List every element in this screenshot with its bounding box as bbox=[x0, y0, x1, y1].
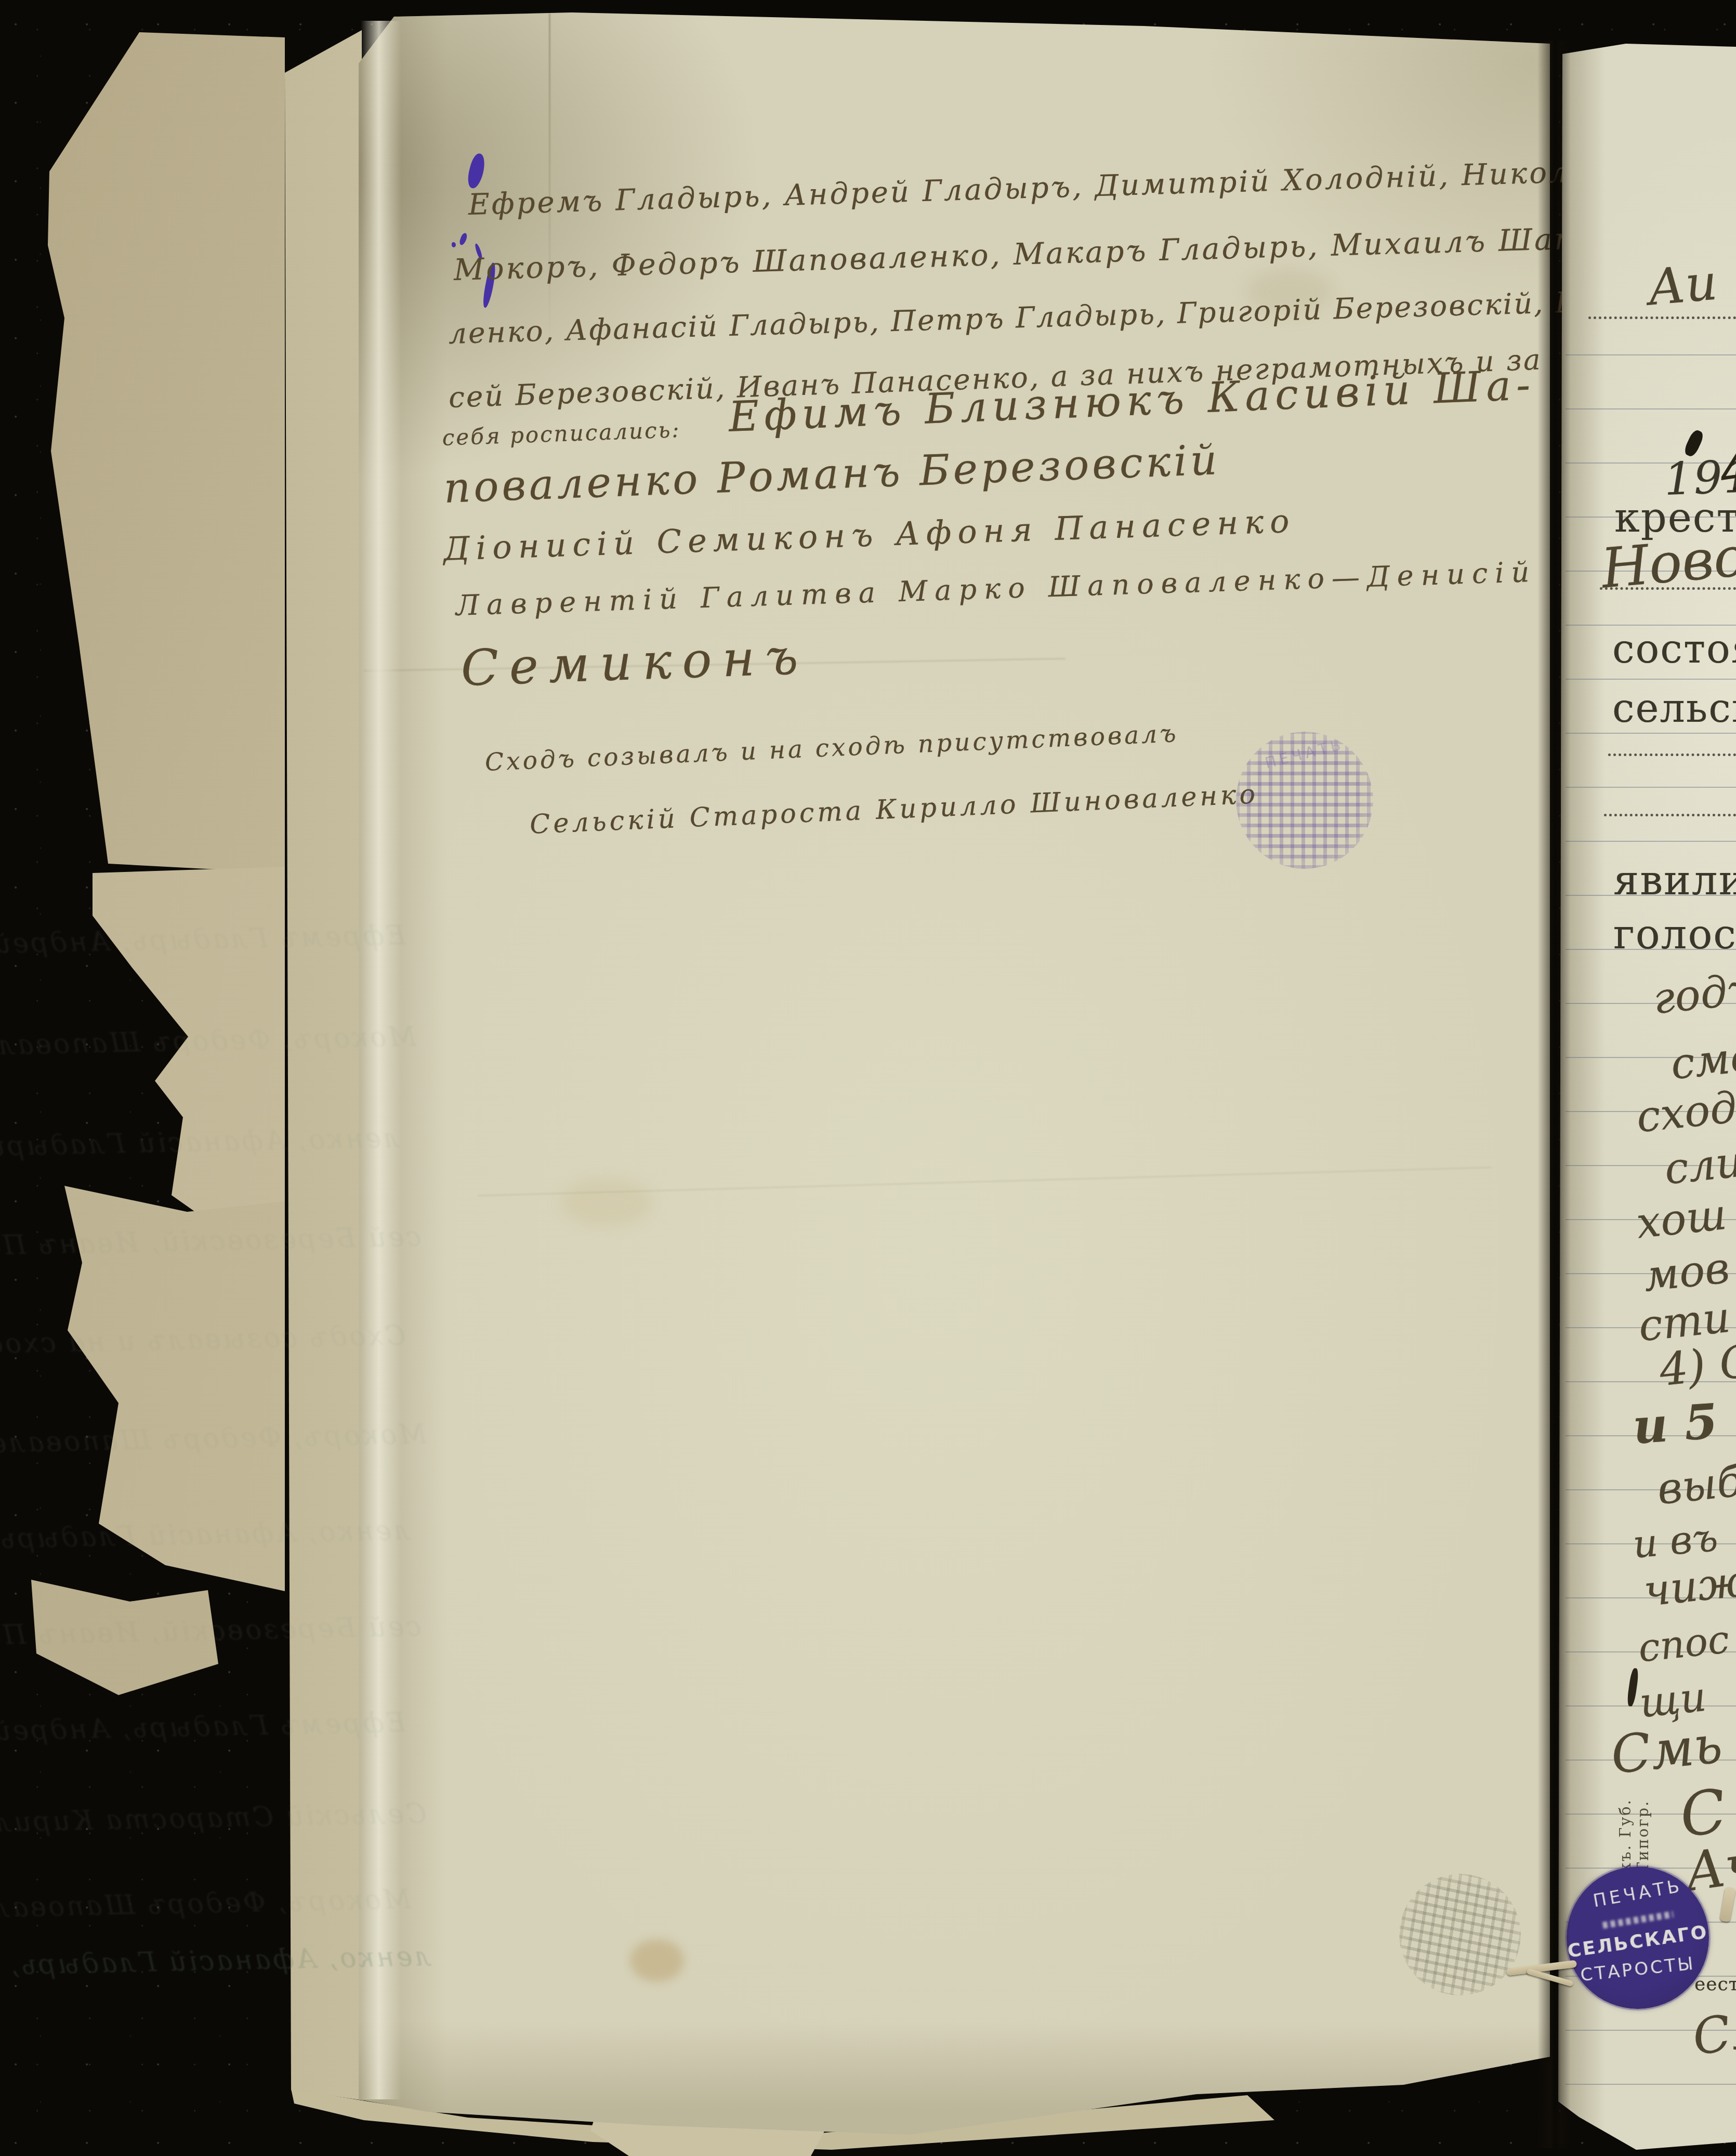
printer-imprint-vertical: къ. Губ. Типогр. bbox=[1616, 1745, 1652, 1872]
printed-word: голоса bbox=[1613, 911, 1736, 958]
right-page: Аи 191 4 крестья Ново состоящ сельским я… bbox=[1558, 43, 1736, 2153]
printed-word: состоящ bbox=[1612, 626, 1736, 672]
paper-stain bbox=[630, 1939, 684, 1982]
handwritten-fragment: мов bbox=[1641, 1244, 1732, 1302]
handwritten-fragment: 4) С bbox=[1657, 1335, 1736, 1396]
handwritten-header-fragment: Аи bbox=[1646, 254, 1719, 316]
printed-word: сельским bbox=[1612, 685, 1736, 731]
dotted-fill-line bbox=[1604, 814, 1736, 816]
handwritten-fragment: Ся bbox=[1689, 2000, 1736, 2067]
archival-scan-canvas: Ефремъ Гладырь, Андрей Гладыръ, Димитрій… bbox=[0, 0, 1736, 2156]
fold-highlight bbox=[361, 21, 401, 2099]
handwritten-fragment: Ново bbox=[1599, 525, 1736, 601]
handwritten-fragment: выб bbox=[1655, 1457, 1736, 1515]
paper-stain bbox=[561, 1179, 652, 1226]
handwritten-fragment: спос bbox=[1636, 1617, 1731, 1671]
handwritten-fragment: хош bbox=[1634, 1190, 1729, 1249]
printed-small-fragment: еест bbox=[1694, 1974, 1736, 1995]
dotted-fill-line bbox=[1588, 316, 1736, 319]
faint-gray-round-stamp bbox=[1399, 1874, 1521, 1995]
village-elder-seal: ПЕЧАТЬ СЕЛЬСКАГО СТАРОСТЫ bbox=[1567, 1867, 1709, 2009]
dotted-fill-line bbox=[1608, 753, 1736, 756]
seal-illegible-line bbox=[1602, 1911, 1673, 1928]
handwritten-fragment: и въ bbox=[1631, 1515, 1719, 1567]
handwritten-fragment: чиж bbox=[1641, 1556, 1736, 1616]
faint-violet-round-stamp: ПЕЧАТЬ bbox=[1236, 732, 1373, 869]
crease-line bbox=[549, 14, 550, 341]
manuscript-line-signature: Семиконъ bbox=[460, 628, 809, 697]
printed-word: явились bbox=[1613, 857, 1736, 904]
binding-gap bbox=[1537, 41, 1571, 2148]
purple-ink-dot bbox=[452, 242, 456, 247]
handwritten-fragment: годъ bbox=[1651, 964, 1736, 1024]
handwritten-fragment: и 5 bbox=[1631, 1393, 1719, 1455]
